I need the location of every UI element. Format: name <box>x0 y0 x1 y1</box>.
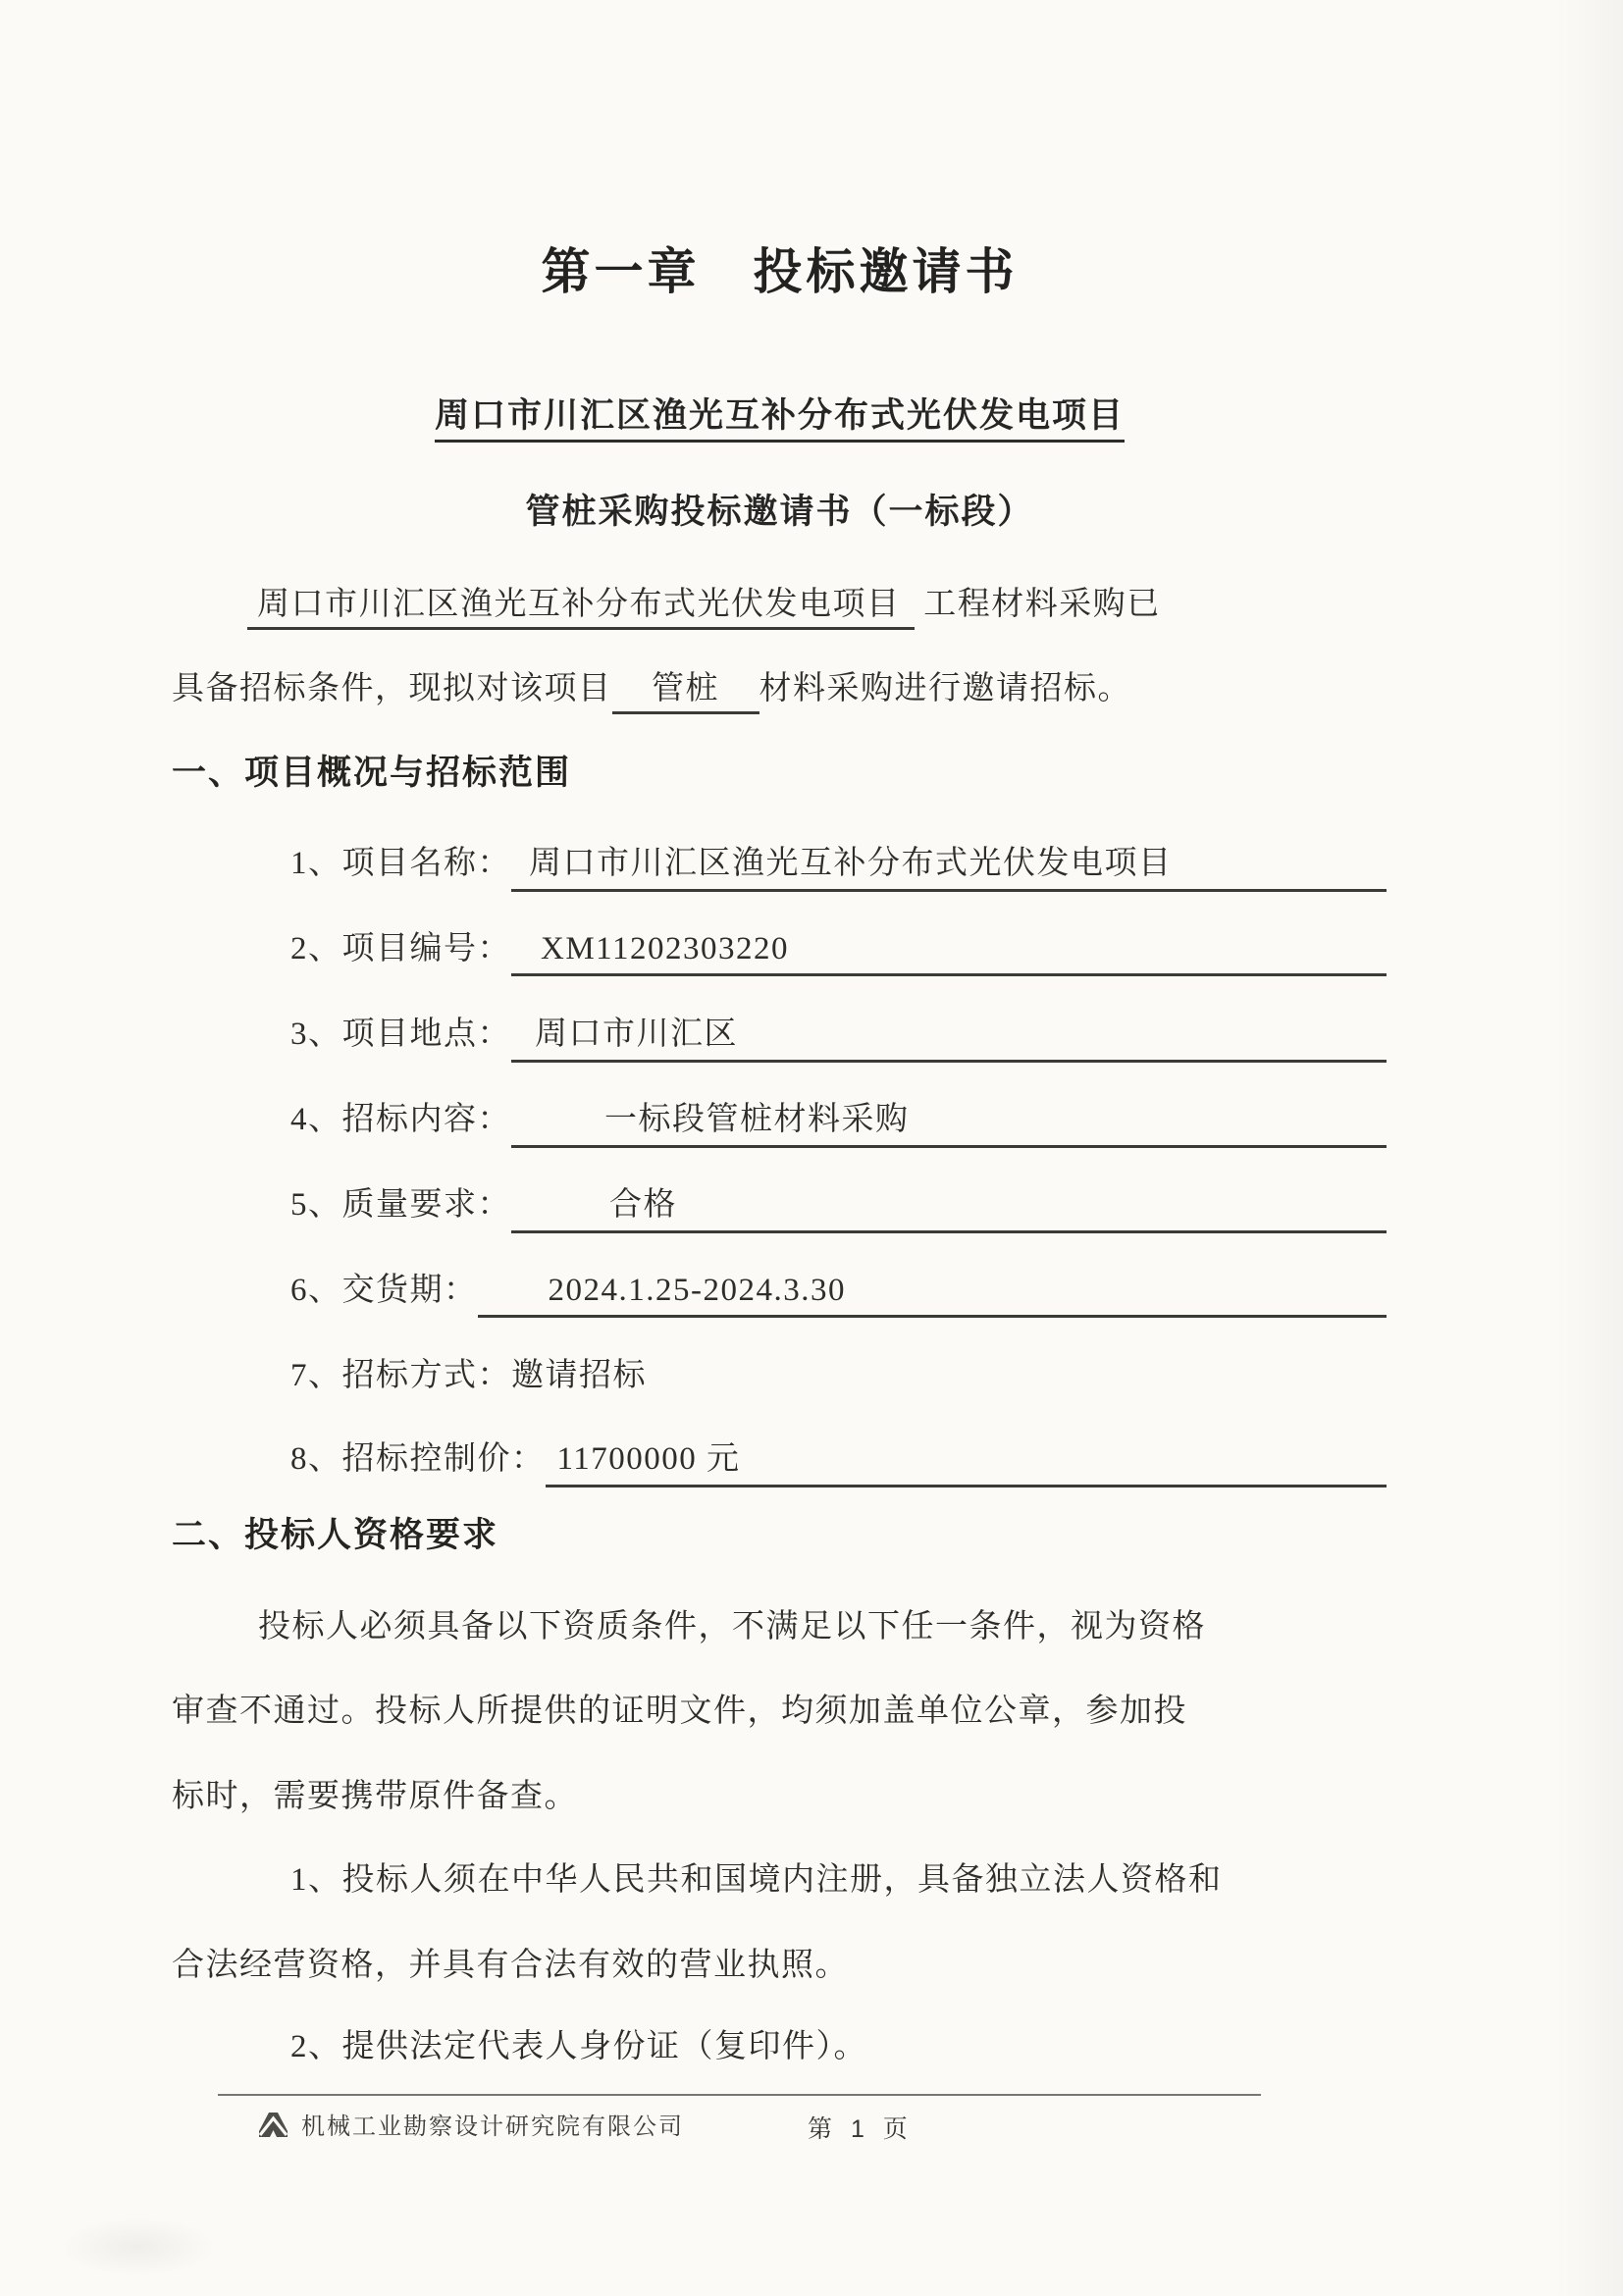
footer-company-name: 机械工业勘察设计研究院有限公司 <box>301 2107 684 2141</box>
footer: 机械工业勘察设计研究院有限公司 <box>257 2107 684 2141</box>
field-underline-blank: 一标段管桩材料采购 <box>511 1093 1387 1148</box>
field-value: XM11202303220 <box>511 931 789 966</box>
intro-paragraph-line-1: 周口市川汇区渔光互补分布式光伏发电项目 工程材料采购已 <box>247 589 1161 621</box>
intro-line-2-pre: 具备招标条件，现拟对该项目 <box>172 671 612 706</box>
qualification-paragraph-line-2: 审查不通过。投标人所提供的证明文件，均须加盖单位公章，参加投 <box>172 1696 1187 1728</box>
intro-material-blank: 管桩 <box>612 671 759 714</box>
qualification-item-1-line-2: 合法经营资格，并具有合法有效的营业执照。 <box>172 1950 849 1982</box>
page-title: 第一章 投标邀请书 <box>172 247 1387 296</box>
subtitle-project-name: 周口市川汇区渔光互补分布式光伏发电项目 <box>172 398 1387 433</box>
field-underline-blank: XM11202303220 <box>511 931 1387 976</box>
field-row-tender-content: 4、招标内容：一标段管桩材料采购 <box>290 1093 1387 1148</box>
field-label: 1、项目名称： <box>290 837 511 889</box>
field-row-project-name: 1、项目名称：周口市川汇区渔光互补分布式光伏发电项目 <box>290 837 1387 892</box>
intro-line-2-post: 材料采购进行邀请招标。 <box>759 671 1132 706</box>
field-label: 7、招标方式： <box>290 1349 511 1401</box>
field-underline-blank: 合格 <box>511 1178 1387 1233</box>
section-2-heading: 二、投标人资格要求 <box>172 1518 498 1552</box>
field-row-project-number: 2、项目编号：XM11202303220 <box>290 922 1387 976</box>
field-underline-blank: 周口市川汇区 <box>511 1008 1387 1063</box>
scan-artifact <box>59 2218 216 2276</box>
intro-paragraph-line-2: 具备招标条件，现拟对该项目 管桩 材料采购进行邀请招标。 <box>172 673 1131 705</box>
subtitle-project-underline: 周口市川汇区渔光互补分布式光伏发电项目 <box>435 396 1125 443</box>
intro-line-1-rest: 工程材料采购已 <box>915 587 1161 622</box>
field-row-delivery-period: 6、交货期：2024.1.25-2024.3.30 <box>290 1264 1387 1318</box>
company-mountain-logo-icon <box>257 2110 289 2138</box>
field-label: 3、项目地点： <box>290 1008 511 1060</box>
section-1-heading: 一、项目概况与招标范围 <box>172 756 571 790</box>
scan-artifact <box>1554 0 1623 2296</box>
field-value: 周口市川汇区渔光互补分布式光伏发电项目 <box>511 846 1173 881</box>
footer-divider-line <box>218 2094 1261 2096</box>
field-value: 周口市川汇区 <box>511 1017 738 1052</box>
qualification-item-1-line-1: 1、投标人须在中华人民共和国境内注册，具备独立法人资格和 <box>290 1864 1223 1897</box>
field-row-control-price: 8、招标控制价：11700000 元 <box>290 1433 1387 1487</box>
field-label: 2、项目编号： <box>290 922 511 974</box>
field-value: 2024.1.25-2024.3.30 <box>478 1273 847 1308</box>
subtitle-tender-title: 管桩采购投标邀请书（一标段） <box>172 495 1387 529</box>
scanned-document-page: 第一章 投标邀请书 周口市川汇区渔光互补分布式光伏发电项目 管桩采购投标邀请书（… <box>0 0 1623 2296</box>
field-row-tender-method: 7、招标方式：邀请招标 <box>290 1349 1387 1401</box>
field-row-project-location: 3、项目地点：周口市川汇区 <box>290 1008 1387 1063</box>
field-label: 8、招标控制价： <box>290 1433 546 1485</box>
field-value: 11700000 元 <box>546 1441 741 1477</box>
field-underline-blank: 2024.1.25-2024.3.30 <box>478 1273 1387 1318</box>
field-value: 邀请招标 <box>511 1349 647 1401</box>
field-label: 6、交货期： <box>290 1264 478 1316</box>
qualification-paragraph-line-3: 标时，需要携带原件备查。 <box>172 1781 578 1813</box>
qualification-paragraph-line-1: 投标人必须具备以下资质条件，不满足以下任一条件，视为资格 <box>258 1611 1206 1644</box>
field-label: 5、质量要求： <box>290 1178 511 1230</box>
intro-project-name-blank: 周口市川汇区渔光互补分布式光伏发电项目 <box>247 587 915 630</box>
field-label: 4、招标内容： <box>290 1093 511 1145</box>
field-underline-blank: 周口市川汇区渔光互补分布式光伏发电项目 <box>511 837 1387 892</box>
footer-page-number: 第 1 页 <box>808 2110 914 2145</box>
field-value: 合格 <box>511 1187 677 1223</box>
qualification-item-2: 2、提供法定代表人身份证（复印件）。 <box>290 2031 867 2063</box>
field-row-quality-requirement: 5、质量要求：合格 <box>290 1178 1387 1233</box>
field-value: 一标段管桩材料采购 <box>511 1102 910 1137</box>
field-underline-blank: 11700000 元 <box>546 1433 1387 1487</box>
